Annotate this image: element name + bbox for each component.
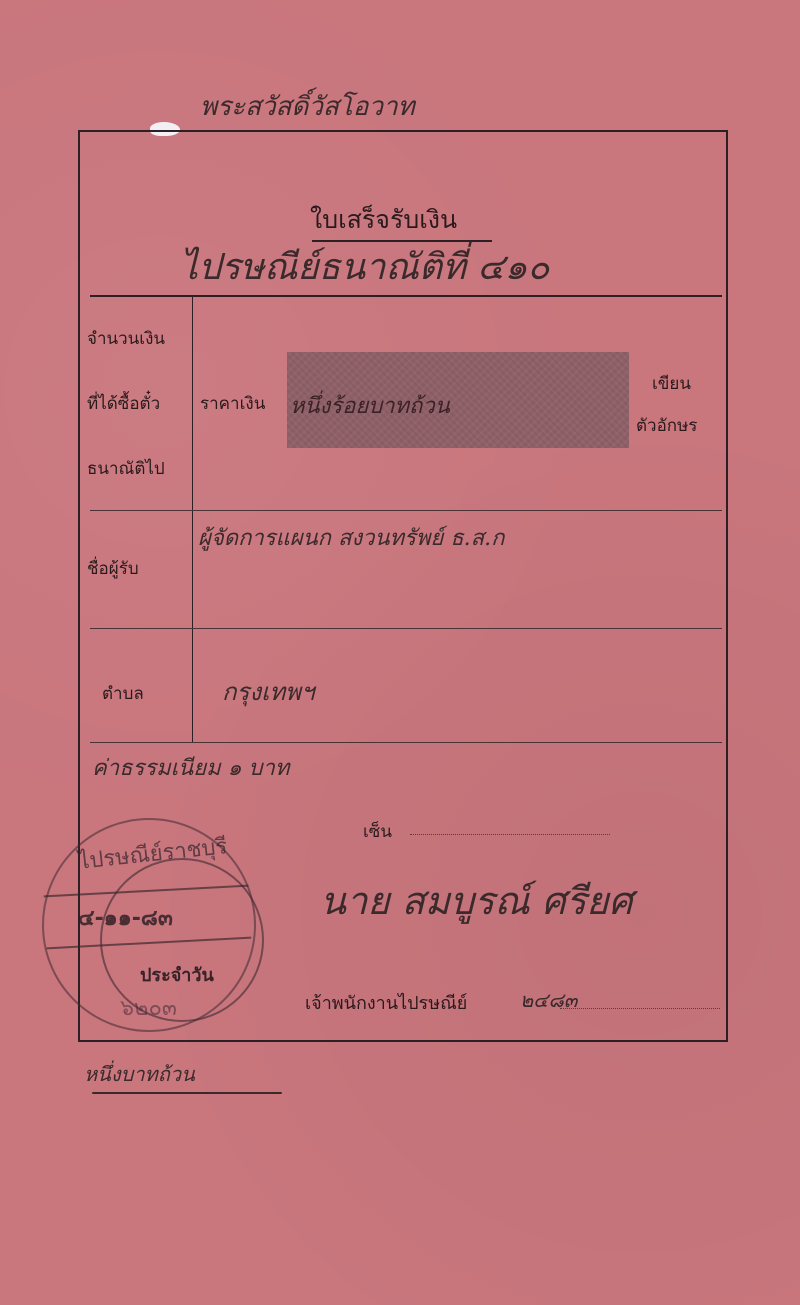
footer-underline bbox=[92, 1092, 282, 1094]
recipient-label: ชื่อผู้รับ bbox=[87, 555, 139, 582]
punch-hole bbox=[150, 122, 180, 136]
officer-label-suffix: ๒๔๘๓ bbox=[520, 984, 577, 1016]
sign-label: เซ็น bbox=[363, 818, 392, 845]
write-label-line1: เขียน bbox=[652, 370, 691, 397]
recipient-name-handwritten: ผู้จัดการแผนก สงวนทรัพย์ ธ.ส.ก bbox=[198, 520, 504, 555]
money-order-number-handwritten: ไปรษณีย์ธนาณัติที่ ๔๑๐ bbox=[180, 238, 549, 295]
officer-signature: นาย สมบูรณ์ ศรียศ bbox=[320, 870, 633, 931]
officer-line bbox=[560, 1008, 720, 1009]
fee-handwritten: ค่าธรรมเนียม ๑ บาท bbox=[92, 750, 289, 785]
amount-label-line2: ที่ได้ซื้อตั๋ว bbox=[87, 390, 160, 417]
header-handwritten-note: พระสวัสดิ์วัสโอวาท bbox=[200, 86, 415, 127]
price-label: ราคาเงิน bbox=[200, 390, 265, 417]
postal-officer-label: เจ้าพนักงานไปรษณีย์ bbox=[305, 988, 467, 1017]
title-section-divider bbox=[90, 295, 722, 297]
postmark-daily-label: ประจำวัน bbox=[140, 960, 214, 989]
subdistrict-label: ตำบล bbox=[102, 680, 144, 707]
frame-top-border bbox=[78, 130, 726, 132]
label-column-divider bbox=[192, 297, 193, 742]
amount-label-line1: จำนวนเงิน bbox=[87, 325, 165, 352]
frame-right-border bbox=[726, 130, 728, 1042]
postmark-date: ๔-๑๑-๘๓ bbox=[78, 900, 173, 935]
recipient-section-divider bbox=[90, 628, 722, 629]
subdistrict-section-divider bbox=[90, 742, 722, 743]
footer-handwritten-note: หนึ่งบาทถ้วน bbox=[84, 1058, 195, 1090]
receipt-title: ใบเสร็จรับเงิน bbox=[310, 200, 457, 240]
subdistrict-value-handwritten: กรุงเทพฯ bbox=[222, 672, 314, 711]
sign-line bbox=[410, 834, 610, 835]
amount-in-words-handwritten: หนึ่งร้อยบาทถ้วน bbox=[290, 388, 450, 423]
postmark-number: ๖๒๐๓ bbox=[120, 990, 177, 1025]
amount-section-divider bbox=[90, 510, 722, 511]
frame-bottom-border bbox=[78, 1040, 728, 1042]
write-label-line2: ตัวอักษร bbox=[636, 412, 697, 439]
amount-label-line3: ธนาณัติไป bbox=[87, 455, 165, 482]
